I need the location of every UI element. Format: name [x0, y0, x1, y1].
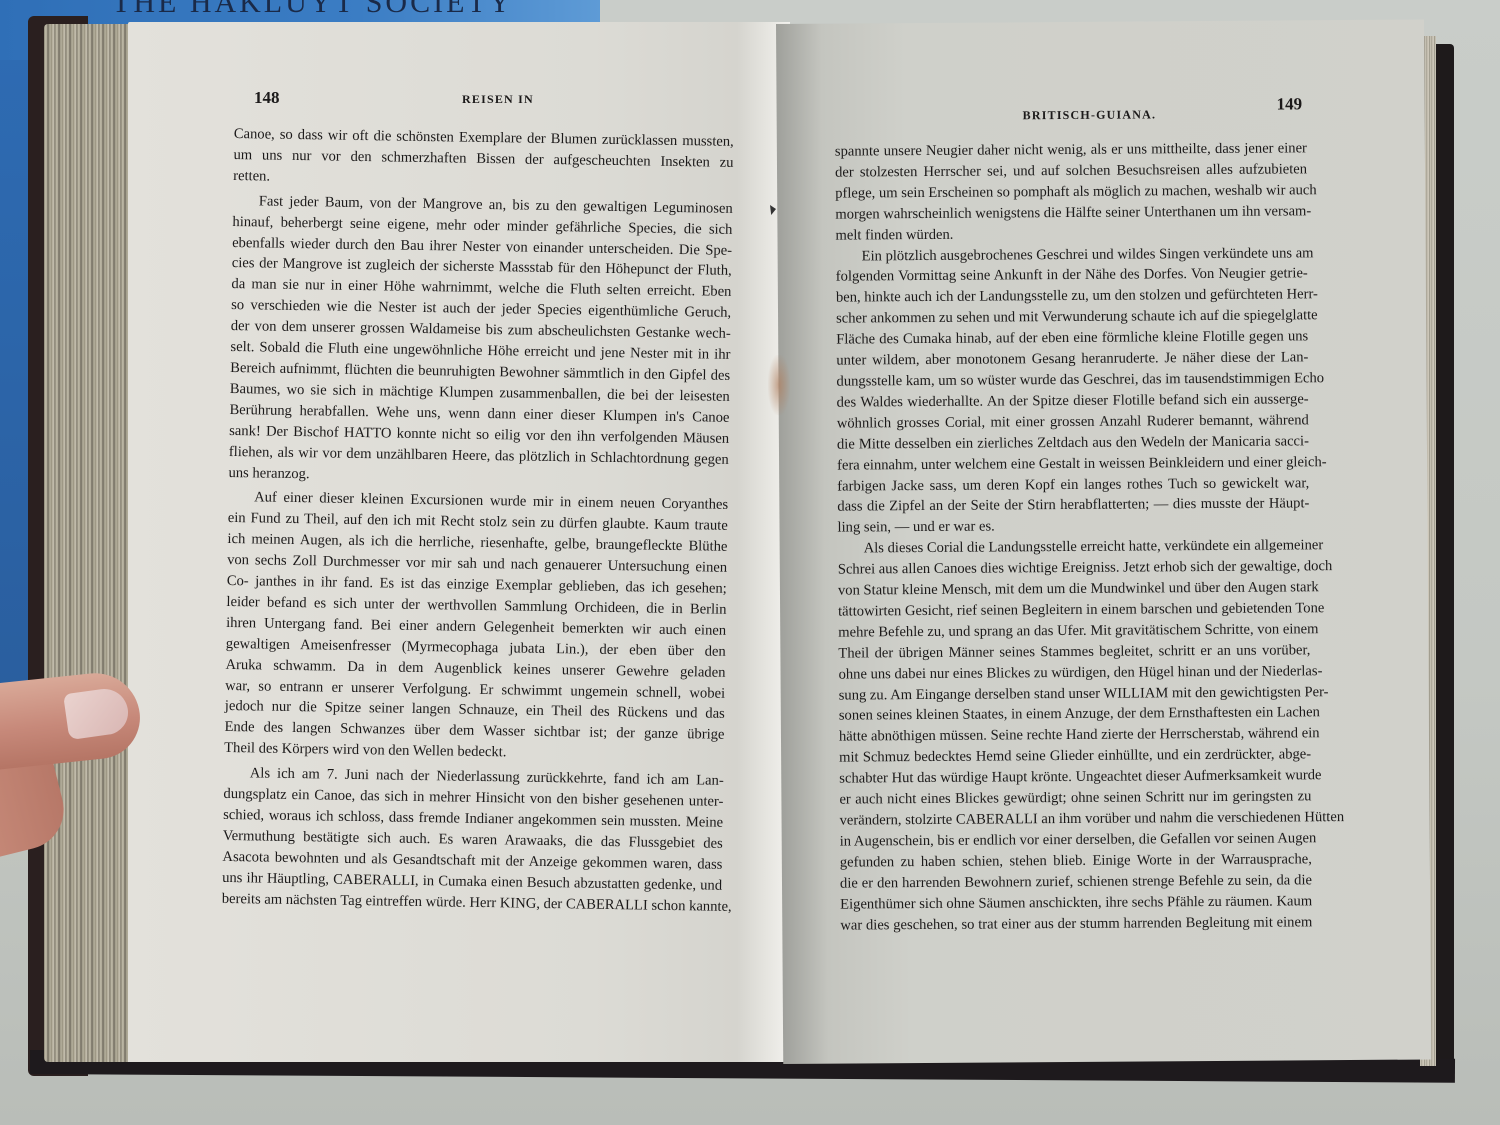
text-line: dass die Zipfel an der Seite der Stirn h… — [837, 494, 1309, 518]
left-page: 148 REISEN IN Canoe, so dass wir oft die… — [128, 22, 790, 1062]
text-line: gefunden zu haben schien, stehen blieb. … — [840, 849, 1312, 873]
text-line: Eigenthümer sich ohne Säumen anschickten… — [840, 891, 1312, 915]
text-line: morgen wahrscheinlich wenigstens die Häl… — [835, 201, 1307, 225]
background-book-title: THE HAKLUYT SOCIETY — [112, 0, 513, 20]
text-line: wöhnlich grosses Corial, mit einer gross… — [837, 410, 1309, 434]
right-page-text: spannte unsere Neugier daher nicht wenig… — [835, 138, 1313, 936]
text-line: war dies geschehen, so trat einer aus de… — [840, 912, 1312, 936]
text-line: die er den harrenden Bewohnern zurief, s… — [840, 870, 1312, 894]
text-line: in Augenschein, bis er endlich vor einer… — [840, 828, 1312, 852]
running-head-right: BRITISCH-GUIANA. — [1023, 107, 1157, 123]
text-line: der stolzesten Herrscher sei, und auf so… — [835, 159, 1307, 183]
text-line: fera einnahm, unter welchem eine Gestalt… — [837, 452, 1309, 476]
page-number-right: 149 — [1277, 94, 1303, 114]
right-page: BRITISCH-GUIANA. 149 spannte unsere Neug… — [776, 19, 1431, 1063]
text-line: Theil der übrigen Männer seines Stammes … — [838, 640, 1310, 664]
text-line: pflege, um sein Erscheinen so pomphaft a… — [835, 180, 1307, 204]
text-line: ohne uns dabei nur eines Blickes zu würd… — [838, 661, 1310, 685]
text-line: des Waldes wiederhallte. An der Spitze d… — [837, 389, 1309, 413]
text-line: die Mitte desselben ein zierliches Zeltd… — [837, 431, 1309, 455]
page-number-left: 148 — [254, 88, 280, 108]
text-line: mehre Befehle zu, und sprang an das Ufer… — [838, 619, 1310, 643]
page-stack-left — [44, 24, 132, 1062]
left-page-text: Canoe, so dass wir oft die schönsten Exe… — [222, 124, 734, 917]
running-head-left: REISEN IN — [462, 92, 534, 107]
gutter-stain — [768, 355, 790, 415]
